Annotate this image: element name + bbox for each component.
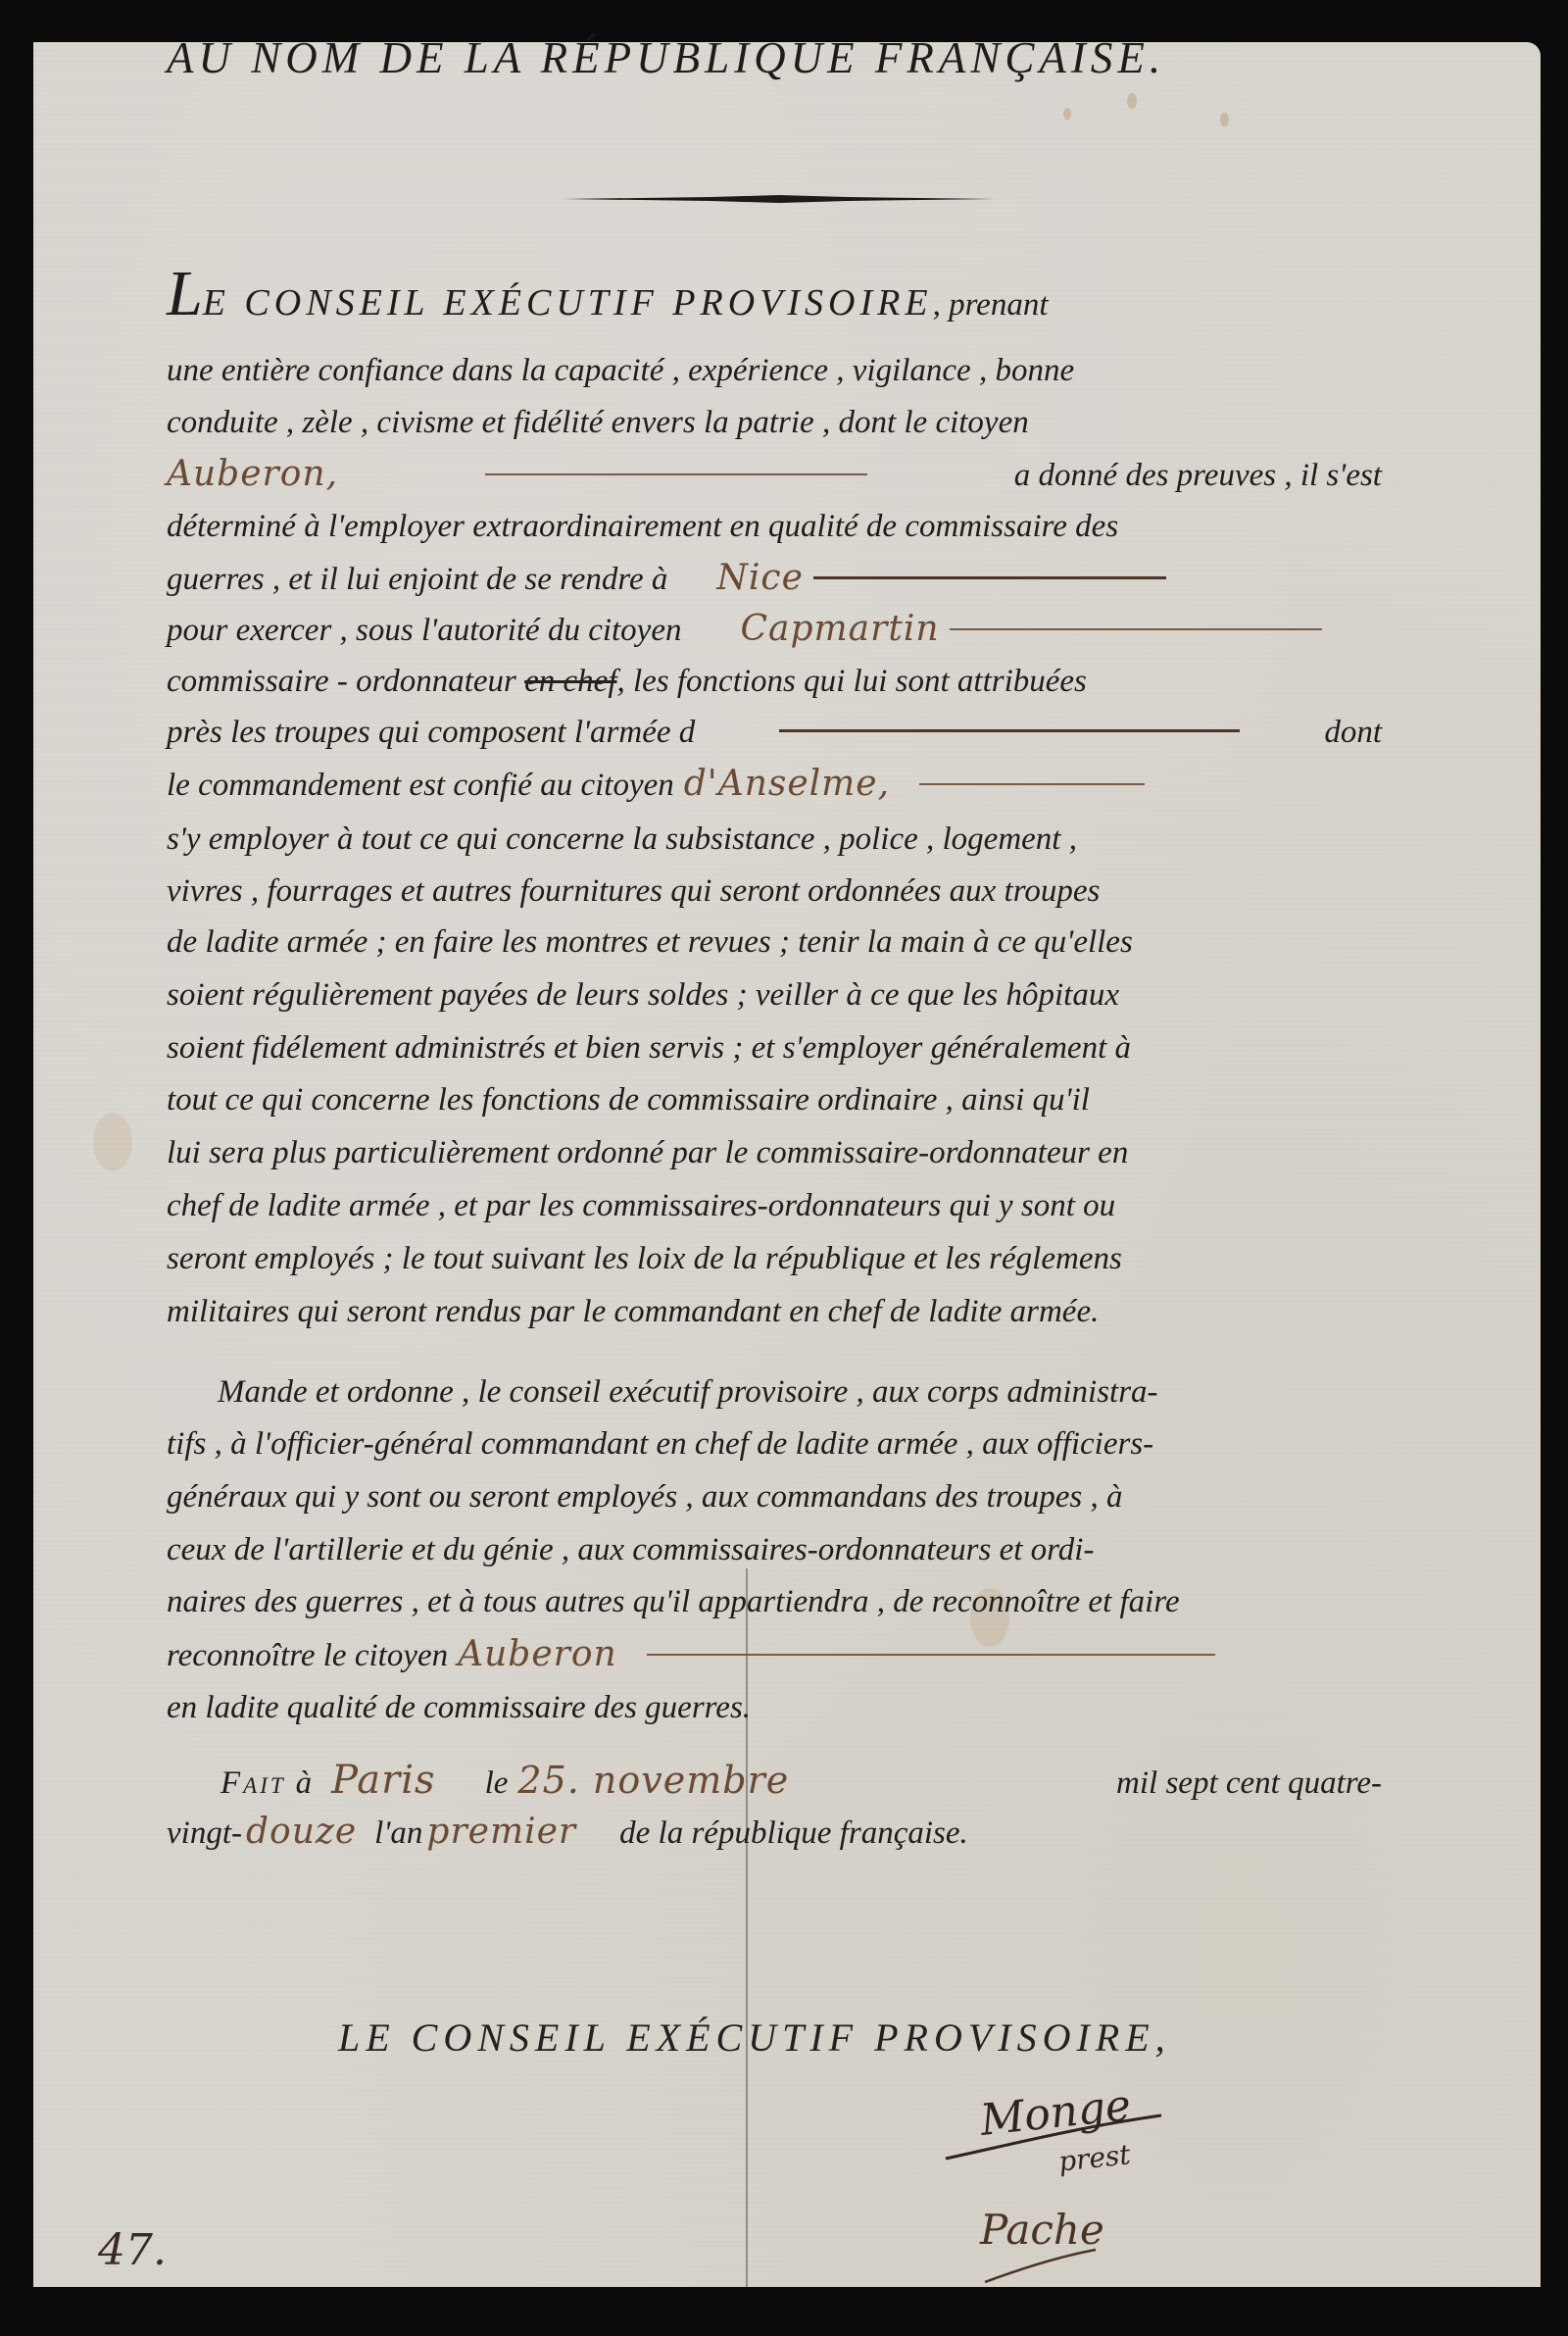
fill-line	[647, 1652, 1215, 1656]
dating-line-2: vingt- douze l'an premier de la républiq…	[167, 1813, 1382, 1853]
para1-line-2: une entière confiance dans la capacité ,…	[167, 351, 1382, 390]
para2-line-1: Mande et ordonne , le conseil exécutif p…	[218, 1372, 1382, 1412]
para1-line-4: Auberon, a donné des preuves , il s'est	[167, 455, 1382, 495]
ornamental-rule	[563, 194, 995, 204]
fill-line	[485, 472, 867, 475]
para1-line-6: guerres , et il lui enjoint de se rendre…	[167, 559, 1382, 599]
para1-line-11: s'y employer à tout ce qui concerne la s…	[167, 820, 1382, 859]
para1-line-12: vivres , fourrages et autres fournitures…	[167, 871, 1382, 911]
fill-line	[779, 727, 1240, 732]
para2-line-7: en ladite qualité de commissaire des gue…	[167, 1688, 1382, 1727]
fill-line	[813, 574, 1166, 579]
para1-line-14: soient régulièrement payées de leurs sol…	[167, 975, 1382, 1015]
para1-line-3: conduite , zèle , civisme et fidélité en…	[167, 403, 1382, 442]
council-title: E CONSEIL EXÉCUTIF PROVISOIRE	[203, 283, 933, 323]
para1-line-19: seront employés ; le tout suivant les lo…	[167, 1239, 1382, 1278]
para1-line-13: de ladite armée ; en faire les montres e…	[167, 922, 1382, 962]
dating-line-1: Fait à Paris le 25. novembre mil sept ce…	[220, 1761, 1382, 1803]
para2-line-2: tifs , à l'officier-général commandant e…	[167, 1424, 1382, 1464]
handwritten-place: Paris	[331, 1761, 435, 1800]
para1-line-9: près les troupes qui composent l'armée d…	[167, 713, 1382, 752]
para1-line-15: soient fidélement administrés et bien se…	[167, 1028, 1382, 1068]
para1-line-1: LE CONSEIL EXÉCUTIF PROVISOIRE, prenant	[167, 274, 1382, 324]
fill-line	[919, 781, 1145, 785]
foxing-spot	[1127, 93, 1137, 109]
para1-line-5: déterminé à l'employer extraordinairemen…	[167, 507, 1382, 546]
foxing-spot	[1220, 113, 1229, 126]
handwritten-general: d'Anselme,	[684, 765, 890, 804]
struck-text: en chef	[524, 662, 616, 701]
para1-line-16: tout ce qui concerne les fonctions de co…	[167, 1080, 1382, 1119]
para2-line-3: généraux qui y sont ou seront employés ,…	[167, 1477, 1382, 1516]
handwritten-name: Auberon	[458, 1635, 617, 1674]
para2-line-6: reconnoître le citoyen Auberon	[167, 1635, 1382, 1675]
handwritten-destination: Nice	[716, 559, 803, 598]
handwritten-name: Auberon,	[167, 455, 338, 494]
para1-line-17: lui sera plus particulièrement ordonné p…	[167, 1133, 1382, 1172]
folio-number: 47.	[98, 2225, 167, 2275]
fold-crease	[746, 1568, 748, 2287]
signatory-title: LE CONSEIL EXÉCUTIF PROVISOIRE,	[338, 2014, 1377, 2061]
fill-line	[950, 626, 1322, 630]
para1-line-20: militaires qui seront rendus par le comm…	[167, 1292, 1382, 1331]
handwritten-year: douze	[246, 1813, 357, 1852]
handwritten-date: 25. novembre	[517, 1761, 789, 1800]
para1-line-18: chef de ladite armée , et par les commis…	[167, 1186, 1382, 1225]
foxing-spot	[1063, 108, 1071, 120]
signature-flourish	[941, 2108, 1166, 2166]
para2-line-4: ceux de l'artillerie et du génie , aux c…	[167, 1530, 1382, 1569]
drop-cap: L	[167, 274, 203, 314]
handwritten-republican-year: premier	[426, 1813, 576, 1852]
para1-line-10: le commandement est confié au citoyen d'…	[167, 765, 1382, 805]
document-header: AU NOM DE LA RÉPUBLIQUE FRANÇAISE.	[167, 32, 1382, 83]
stain	[93, 1113, 132, 1171]
para1-line-7: pour exercer , sous l'autorité du citoye…	[167, 610, 1382, 650]
signature-underline	[980, 2245, 1098, 2284]
handwritten-ordonnateur: Capmartin	[740, 610, 939, 649]
fait-label: Fait	[220, 1764, 286, 1803]
para2-line-5: naires des guerres , et à tous autres qu…	[167, 1582, 1382, 1621]
para1-line-8: commissaire - ordonnateur en chef, les f…	[167, 662, 1382, 701]
